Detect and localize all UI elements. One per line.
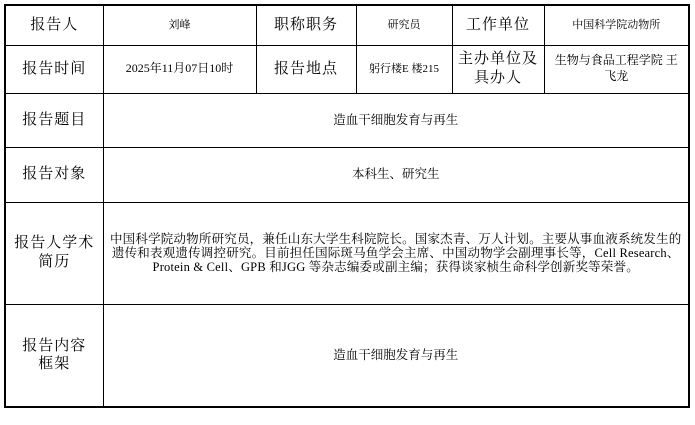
audience-label-cell: 报告对象	[5, 147, 103, 202]
workunit-value-cell: 中国科学院动物所	[544, 5, 689, 45]
topic-value-cell: 造血干细胞发育与再生	[103, 93, 689, 147]
time-value-cell: 2025年11月07日10时	[103, 45, 256, 93]
reporter-label-cell: 报告人	[5, 5, 103, 45]
reporter-name-cell: 刘峰	[103, 5, 256, 45]
table-row: 报告题目 造血干细胞发育与再生	[5, 93, 689, 147]
framework-label-cell: 报告内容 框架	[5, 304, 103, 407]
report-info-table: 报告人 刘峰 职称职务 研究员 工作单位 中国科学院动物所 报告时间 2025年…	[4, 4, 690, 408]
cv-value-cell: 中国科学院动物所研究员，兼任山东大学生科院院长。国家杰青、万人计划。主要从事血液…	[103, 202, 689, 304]
table-row: 报告时间 2025年11月07日10时 报告地点 躬行楼E 楼215 主办单位及…	[5, 45, 689, 93]
audience-value-cell: 本科生、研究生	[103, 147, 689, 202]
location-value-cell: 躬行楼E 楼215	[356, 45, 452, 93]
table-row: 报告人学术 简历 中国科学院动物所研究员，兼任山东大学生科院院长。国家杰青、万人…	[5, 202, 689, 304]
cv-label-cell: 报告人学术 简历	[5, 202, 103, 304]
time-label-cell: 报告时间	[5, 45, 103, 93]
document-page: 报告人 刘峰 职称职务 研究员 工作单位 中国科学院动物所 报告时间 2025年…	[0, 0, 695, 425]
workunit-label-cell: 工作单位	[452, 5, 544, 45]
table-row: 报告内容 框架 造血干细胞发育与再生	[5, 304, 689, 407]
title-label-cell: 职称职务	[256, 5, 356, 45]
topic-label-cell: 报告题目	[5, 93, 103, 147]
organizer-value-cell: 生物与食品工程学院 王 飞龙	[544, 45, 689, 93]
title-value-cell: 研究员	[356, 5, 452, 45]
framework-value-cell: 造血干细胞发育与再生	[103, 304, 689, 407]
organizer-label-cell: 主办单位及 具办人	[452, 45, 544, 93]
location-label-cell: 报告地点	[256, 45, 356, 93]
table-row: 报告对象 本科生、研究生	[5, 147, 689, 202]
table-row: 报告人 刘峰 职称职务 研究员 工作单位 中国科学院动物所	[5, 5, 689, 45]
